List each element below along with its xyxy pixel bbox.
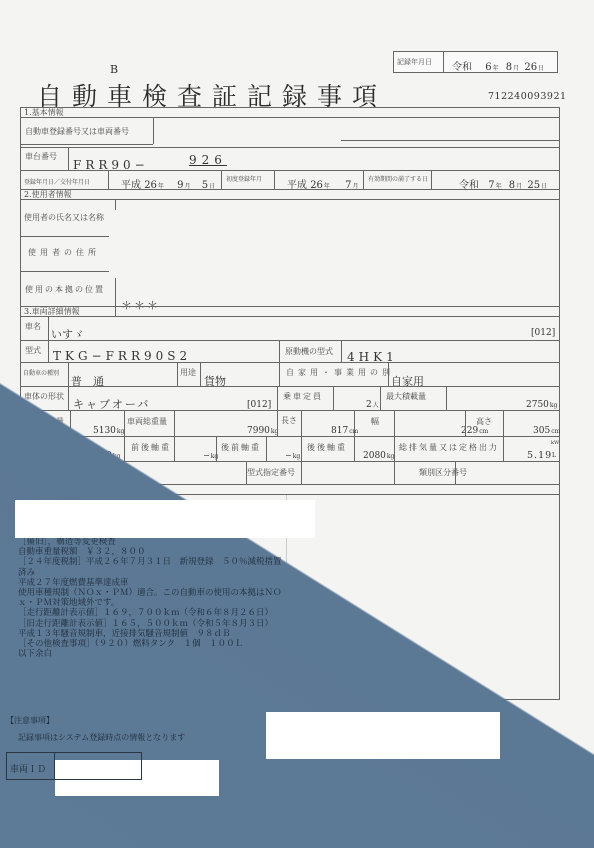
title-marker: B <box>110 63 118 76</box>
user-info-block: 使用者の氏名又は名称 使用者の住所 使用の本拠の位置 ＊＊＊ <box>20 199 560 317</box>
chassis-row: 車台番号 FRR90− 926 <box>20 147 560 171</box>
height-label: 高さ <box>476 416 492 427</box>
width-label: 幅 <box>371 416 379 427</box>
base-location-label: 使用の本拠の位置 <box>25 284 105 295</box>
body-label: 車体の形状 <box>24 391 64 402</box>
remarks-line: ［走行距離計表示値］１６９，７００ｋｍ（令和６年８月２６日） <box>18 608 282 618</box>
ff-axle-value: 3050kg <box>89 451 120 461</box>
displacement-label: 総排気量又は定格出力 <box>399 442 499 453</box>
category-number-label: 類別区分番号 <box>419 467 467 478</box>
dates-row: 登録年月日／交付年月日 平成 26年 9月 5日 初度登録年月 平成 26年 7… <box>20 170 560 190</box>
fr-axle-label: 前後軸重 <box>131 442 171 453</box>
vehicle-id-box: 車両ＩＤ <box>6 752 142 780</box>
redacted-area <box>15 500 315 538</box>
category-label: 自動車の種別 <box>23 368 59 377</box>
remarks-text: ［備旧］，構造等変更検査自動車重量税額 ￥３２，８００［２４年度税制］平成２６年… <box>18 537 282 659</box>
expiry-label: 有効期間の満了する日 <box>368 174 428 183</box>
user-name-label: 使用者の氏名又は名称 <box>24 212 104 223</box>
engine-label: 原動機の型式 <box>285 346 333 357</box>
use-label: 用途 <box>180 367 196 378</box>
chassis-suffix: 926 <box>189 153 227 167</box>
model-value: TKG−FRR90S2 <box>53 349 191 363</box>
model-row: 型式 TKG−FRR90S2 原動機の型式 4HK1 <box>20 340 560 363</box>
remarks-line: ［備旧］，構造等変更検査 <box>18 537 282 547</box>
ff-axle-label: 前前軸重 <box>26 442 66 453</box>
notice-heading: 【注意事項】 <box>6 715 54 726</box>
first-reg-label: 初度登録年月 <box>226 174 262 183</box>
rr-axle-value: 2080kg <box>363 451 394 461</box>
gross-value: 7990kg <box>247 426 278 436</box>
remarks-line: ｘ・ＰＭ対策地域外です。 <box>18 598 282 608</box>
remarks-line: 使用車種規制（ＮＯｘ・ＰＭ）適合。この自動車の使用の本拠はＮＯ <box>18 588 282 598</box>
displacement-unit-kw: kW <box>551 440 559 446</box>
remarks-line: 以下余白 <box>18 649 282 659</box>
notice-text: 記録事項はシステム登録時点の情報となります <box>18 732 185 743</box>
body-row: 車体の形状 キャブオーバ [012] 乗車定員 2人 最大積載量 2750kg <box>20 386 560 411</box>
axle-row: 前前軸重 3050kg 前後軸重 −kg 後前軸重 −kg 後後軸重 2080k… <box>20 436 560 462</box>
remarks-line: 自動車重量税額 ￥３２，８００ <box>18 547 282 557</box>
make-row: 車名 いすゞ [012] <box>20 316 560 341</box>
capacity-value: 2人 <box>366 400 379 410</box>
length-label: 長さ <box>281 415 297 426</box>
weight-row: 車両重量 5130kg 車両総重量 7990kg 長さ 817cm 幅 229c… <box>20 410 560 437</box>
record-date-box: 記録年月日 令和 6年 8月 26日 <box>393 51 558 73</box>
reg-number-row: 自動車登録番号又は車両番号 <box>20 117 560 148</box>
redacted-area <box>266 712 500 759</box>
remarks-line: ［旧走行距離計表示値］１６５，５００ｋｍ（令和５年８月３日） <box>18 619 282 629</box>
body-code: [012] <box>247 400 271 410</box>
remarks-line: 平成２７年度燃費基準達成車 <box>18 578 282 588</box>
max-load-value: 2750kg <box>526 400 557 410</box>
record-date-value: 令和 6年 8月 26日 <box>452 58 544 73</box>
displacement-unit-l: L <box>552 452 556 459</box>
fuel-row: 燃料の種類 軽油 型式指定番号 類別区分番号 <box>20 461 560 485</box>
remarks-line: ［その他検査事項］（９２０）燃料タンク １個 １００Ｌ <box>18 639 282 649</box>
displacement-value: 5.19 <box>527 450 552 461</box>
user-address-label: 使用者の住所 <box>28 247 100 258</box>
model-label: 型式 <box>25 345 41 356</box>
reg-number-label: 自動車登録番号又は車両番号 <box>25 126 129 137</box>
category-row: 自動車の種別 普 通 用途 貨物 自家用・事業用の別 自家用 <box>20 362 560 387</box>
private-label: 自家用・事業用の別 <box>286 367 394 378</box>
chassis-label: 車台番号 <box>25 151 57 162</box>
max-load-label: 最大積載量 <box>386 391 426 402</box>
weight-value: 5130kg <box>93 426 124 436</box>
height-value: 305cm <box>533 426 560 436</box>
issue-date-label: 登録年月日／交付年月日 <box>24 177 90 186</box>
rf-axle-label: 後前軸重 <box>221 442 261 453</box>
make-code: [012] <box>531 328 555 338</box>
weight-label: 車両重量 <box>26 416 66 427</box>
type-designation-label: 型式指定番号 <box>247 467 295 478</box>
record-date-label: 記録年月日 <box>397 57 432 67</box>
fuel-label: 燃料の種類 <box>24 466 64 477</box>
vehicle-id-label: 車両ＩＤ <box>10 762 46 775</box>
doc-number: 712240093921 <box>488 91 567 102</box>
gross-label: 車両総重量 <box>127 416 167 427</box>
remarks-line: 平成１３年騒音規制車，近接排気騒音規制値 ９８ｄＢ <box>18 629 282 639</box>
make-label: 車名 <box>25 321 41 332</box>
capacity-label: 乗車定員 <box>283 391 323 402</box>
rf-axle-value: −kg <box>285 451 300 460</box>
remarks-line: ［２４年度税制］平成２６年７月３１日 新規登録 ５０％減税措置 <box>18 557 282 567</box>
remarks-line: 済み <box>18 568 282 578</box>
rr-axle-label: 後後軸重 <box>307 442 347 453</box>
